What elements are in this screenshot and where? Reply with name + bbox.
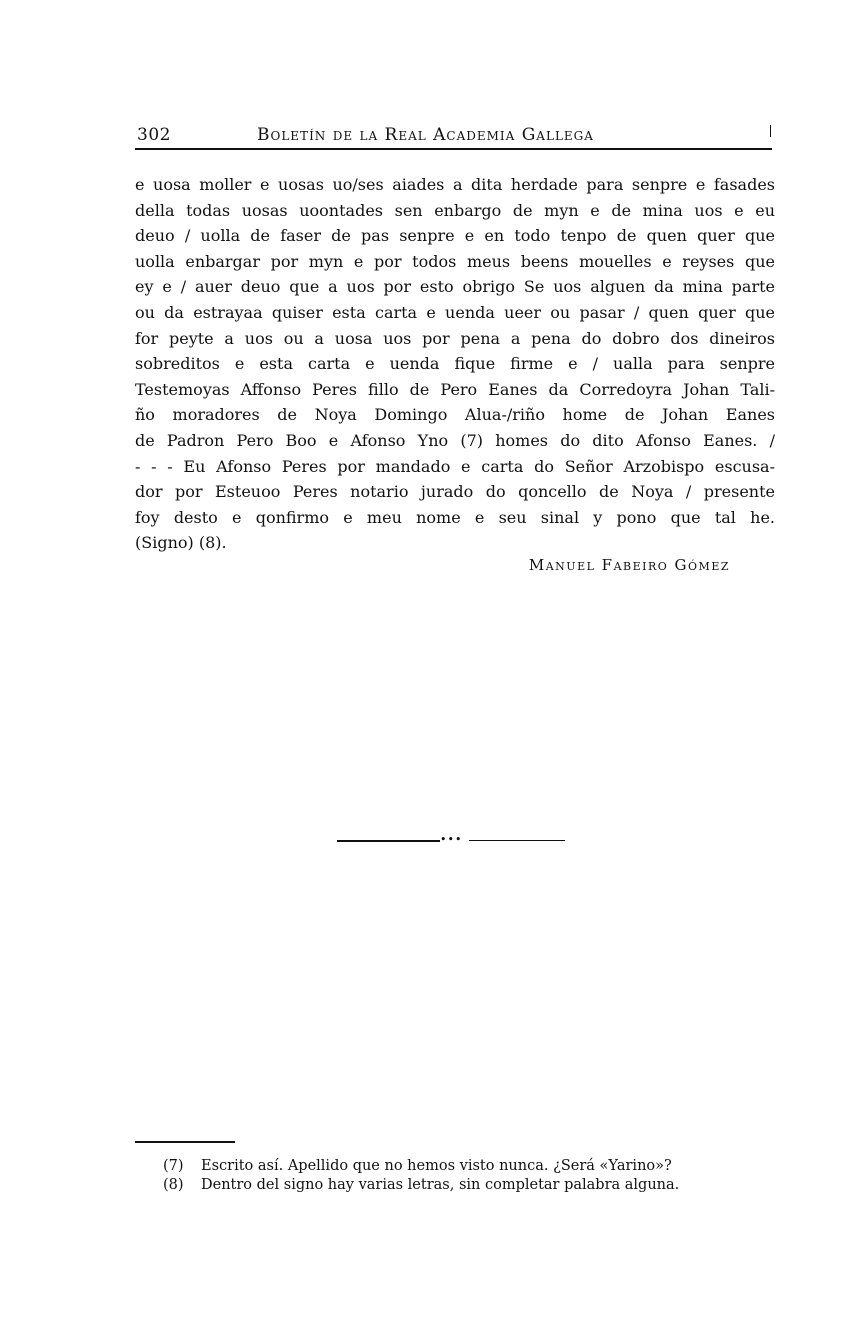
footnote-text: Dentro del signo hay varias letras, sin …: [201, 1176, 679, 1195]
section-ornament: •••: [337, 836, 567, 846]
body-line: deuo / uolla de faser de pas senpre e en…: [135, 223, 775, 249]
author-signature: Manuel Fabeiro Gómez: [529, 556, 730, 574]
body-line: della todas uosas uoontades sen enbargo …: [135, 198, 775, 224]
footnote-number: (7): [163, 1157, 201, 1176]
body-line: - - - Eu Afonso Peres por mandado e cart…: [135, 454, 775, 480]
body-line: foy desto e qonfirmo e meu nome e seu si…: [135, 505, 775, 531]
body-line: ey e / auer deuo que a uos por esto obri…: [135, 274, 775, 300]
document-body: e uosa moller e uosas uo/ses aiades a di…: [135, 172, 775, 556]
body-line: Testemoyas Affonso Peres fillo de Pero E…: [135, 377, 775, 403]
body-line: (Signo) (8).: [135, 530, 775, 556]
footnote: (8) Dentro del signo hay varias letras, …: [163, 1176, 793, 1195]
ornament-rule-right: [469, 840, 565, 841]
page-number: 302: [137, 125, 171, 145]
ornament-dots-icon: •••: [440, 831, 462, 849]
footnote-number: (8): [163, 1176, 201, 1195]
body-line: de Padron Pero Boo e Afonso Yno (7) home…: [135, 428, 775, 454]
page-header: 302 Boletín de la Real Academia Gallega: [135, 123, 772, 149]
body-line: e uosa moller e uosas uo/ses aiades a di…: [135, 172, 775, 198]
footnote: (7) Escrito así. Apellido que no hemos v…: [163, 1157, 793, 1176]
body-line: uolla enbargar por myn e por todos meus …: [135, 249, 775, 275]
body-line: for peyte a uos ou a uosa uos por pena a…: [135, 326, 775, 352]
margin-mark: [770, 125, 771, 137]
header-rule: [135, 148, 772, 150]
running-title: Boletín de la Real Academia Gallega: [257, 125, 594, 145]
body-line: sobreditos e esta carta e uenda fique fi…: [135, 351, 775, 377]
body-line: ño moradores de Noya Domingo Alua-/riño …: [135, 402, 775, 428]
footnote-rule: [135, 1141, 235, 1143]
body-line: dor por Esteuoo Peres notario jurado do …: [135, 479, 775, 505]
footnotes: (7) Escrito así. Apellido que no hemos v…: [163, 1157, 793, 1195]
body-line: ou da estrayaa quiser esta carta e uenda…: [135, 300, 775, 326]
ornament-rule-left: [337, 840, 440, 842]
footnote-text: Escrito así. Apellido que no hemos visto…: [201, 1157, 672, 1176]
